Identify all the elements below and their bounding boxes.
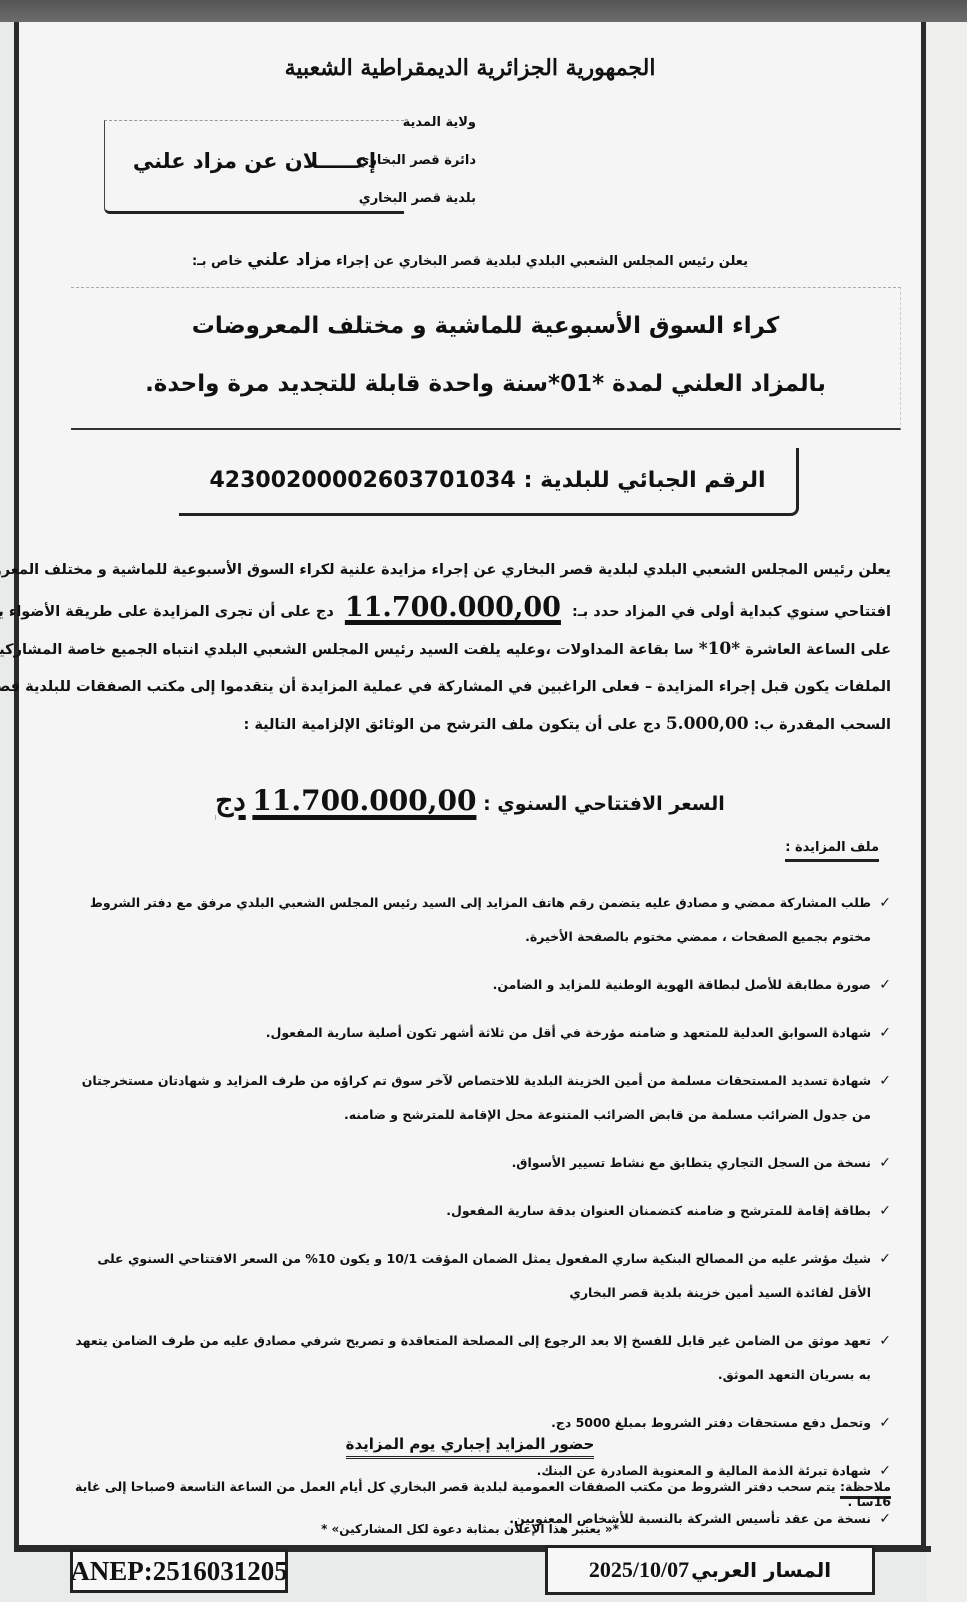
notice-frame: الجمهورية الجزائرية الديمقراطية الشعبية …: [14, 22, 926, 1550]
scan-top-edge: [0, 0, 967, 22]
body-line-5-b: دج على أن يتكون ملف الترشح من الوثائق ال…: [244, 717, 661, 733]
subject-line-2: بالمزاد العلني لمدة *01*سنة واحدة قابلة …: [71, 371, 900, 397]
body-line-4: الملفات يكون قبل إجراء المزايدة – فعلى ا…: [64, 669, 891, 706]
subject-line-1: كراء السوق الأسبوعية للماشية و مختلف الم…: [71, 313, 900, 339]
attendance-notice: حضور المزايد إجباري يوم المزايدة: [19, 1435, 921, 1453]
list-item: ✓بطاقة إقامة للمترشح و ضامنه كتضمنان الع…: [64, 1194, 891, 1228]
check-icon: ✓: [879, 1194, 891, 1228]
list-item: ✓طلب المشاركة ممضي و مصادق عليه يتضمن رق…: [64, 886, 891, 954]
check-icon: ✓: [879, 968, 891, 1002]
withdrawal-fee: 5.000,00: [666, 714, 749, 734]
check-icon: ✓: [879, 1146, 891, 1180]
starting-amount: 11.700.000,00: [339, 592, 567, 623]
list-item: ✓تعهد موثق من الضامن غير قابل للفسخ إلا …: [64, 1324, 891, 1392]
body-line-5: السحب المقدرة ب: 5.000,00 دج على أن يتكو…: [64, 706, 891, 744]
invitation-line: *« يعتبر هذا الإعلان بمثابة دعوة لكل الم…: [19, 1522, 921, 1536]
list-item-text: طلب المشاركة ممضي و مصادق عليه يتضمن رقم…: [90, 895, 871, 944]
file-heading: ملف المزايدة :: [785, 840, 879, 862]
body-line-1: يعلن رئيس المجلس الشعبي البلدي لبلدية قص…: [64, 552, 891, 589]
check-icon: ✓: [879, 1016, 891, 1050]
publication-date: 2025/10/07: [589, 1557, 689, 1583]
intro-text: يعلن رئيس المجلس الشعبي البلدي لبلدية قص…: [336, 254, 748, 269]
list-item: ✓نسخة من السجل التجاري يتطابق مع نشاط تس…: [64, 1146, 891, 1180]
intro-emphasis: مزاد علني: [247, 250, 331, 270]
subject-box: كراء السوق الأسبوعية للماشية و مختلف الم…: [71, 287, 901, 430]
opening-price: السعر الافتتاحي السنوي : 11.700.000,00 د…: [19, 784, 921, 817]
list-item: ✓صورة مطابقة للأصل لبطاقة الهوية الوطنية…: [64, 968, 891, 1002]
republic-header: الجمهورية الجزائرية الديمقراطية الشعبية: [19, 55, 921, 81]
auction-hour: *10*: [699, 639, 740, 659]
announcement-title: إعـــــلان عن مزاد علني: [105, 149, 404, 173]
attendance-text: حضور المزايد إجباري يوم المزايدة: [346, 1435, 595, 1459]
tax-id-label: الرقم الجبائي للبلدية :: [524, 468, 766, 493]
intro-suffix: خاص بـ:: [192, 254, 243, 269]
list-item-text: شيك مؤشر عليه من المصالح البنكية ساري ال…: [97, 1251, 871, 1300]
note-text: يتم سحب دفتر الشروط من مكتب الصفقات العم…: [75, 1479, 891, 1509]
list-item: ✓شهادة السوابق العدلية للمتعهد و ضامنه م…: [64, 1016, 891, 1050]
list-item-text: نسخة من السجل التجاري يتطابق مع نشاط تسي…: [512, 1155, 871, 1170]
body-line-2-b: دج على أن تجرى المزايدة على طريقة الأضوا…: [0, 604, 334, 620]
notice-page: الجمهورية الجزائرية الديمقراطية الشعبية …: [19, 22, 921, 1545]
body-line-2: افتتاحي سنوي كبداية أولى في المزاد حدد ب…: [64, 589, 891, 631]
list-item-text: تعهد موثق من الضامن غير قابل للفسخ إلا ب…: [75, 1333, 871, 1382]
body-line-3-a: على الساعة العاشرة: [745, 642, 891, 658]
body-line-5-a: السحب المقدرة ب:: [754, 717, 891, 733]
list-item: ✓شيك مؤشر عليه من المصالح البنكية ساري ا…: [64, 1242, 891, 1310]
check-icon: ✓: [879, 1242, 891, 1276]
scan-right-margin: [927, 22, 967, 1602]
check-icon: ✓: [879, 886, 891, 920]
list-item-text: شهادة تبرئة الذمة المالية و المعنوية الص…: [537, 1463, 871, 1478]
note: ملاحظة: يتم سحب دفتر الشروط من مكتب الصف…: [59, 1479, 891, 1509]
list-item-text: صورة مطابقة للأصل لبطاقة الهوية الوطنية …: [493, 977, 871, 992]
list-item-text: شهادة السوابق العدلية للمتعهد و ضامنه مؤ…: [266, 1025, 871, 1040]
check-icon: ✓: [879, 1064, 891, 1098]
opening-price-currency: دج: [215, 784, 246, 817]
announcement-box: إعـــــلان عن مزاد علني: [104, 120, 404, 214]
opening-price-value: 11.700.000,00: [252, 784, 476, 817]
tax-id-value: 42300200002603701034: [210, 468, 516, 493]
publication-box: المسار العربي 2025/10/07: [545, 1545, 875, 1595]
anep-reference-box: ANEP:2516031205: [70, 1549, 288, 1593]
intro-line: يعلن رئيس المجلس الشعبي البلدي لبلدية قص…: [79, 250, 861, 270]
list-item-text: وتحمل دفع مستحقات دفتر الشروط بمبلغ 5000…: [551, 1415, 871, 1430]
list-item-text: شهادة تسديد المستحقات مسلمة من أمين الخز…: [82, 1073, 871, 1122]
body-line-3-b: سا بقاعة المداولات ،وعليه يلفت السيد رئي…: [0, 642, 694, 658]
list-item-text: بطاقة إقامة للمترشح و ضامنه كتضمنان العن…: [446, 1203, 871, 1218]
list-item: ✓شهادة تسديد المستحقات مسلمة من أمين الخ…: [64, 1064, 891, 1132]
newspaper-name: المسار العربي: [691, 1558, 831, 1582]
check-icon: ✓: [879, 1324, 891, 1358]
opening-price-label: السعر الافتتاحي السنوي :: [483, 793, 725, 815]
notice-body: يعلن رئيس المجلس الشعبي البلدي لبلدية قص…: [64, 552, 891, 744]
body-line-2-a: افتتاحي سنوي كبداية أولى في المزاد حدد ب…: [572, 604, 891, 620]
body-line-3: على الساعة العاشرة *10* سا بقاعة المداول…: [64, 631, 891, 669]
tax-id-box: الرقم الجبائي للبلدية : 4230020000260370…: [179, 448, 799, 516]
